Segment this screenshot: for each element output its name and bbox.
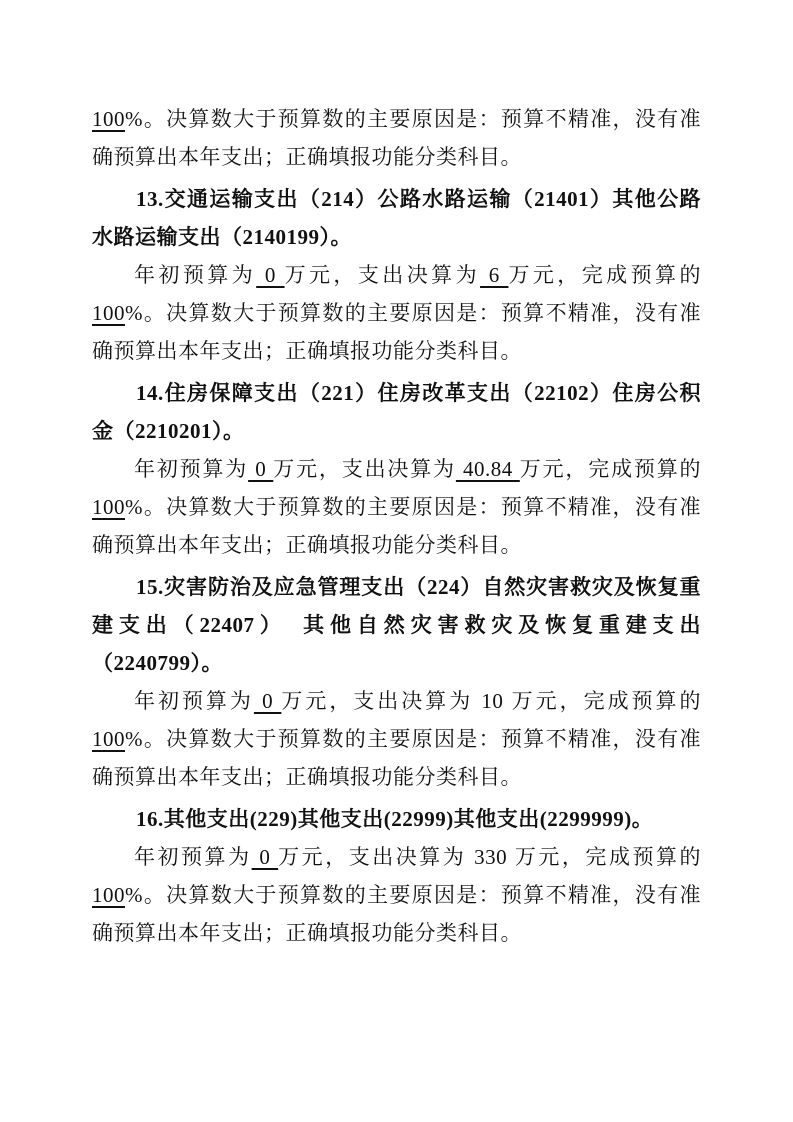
underlined-value: 100 bbox=[92, 883, 125, 907]
text-run: %。决算数大于预算数的主要原因是：预算不精准，没有准确预算出本年支出；正确填报功… bbox=[92, 301, 701, 363]
underlined-value: 0 bbox=[256, 263, 284, 287]
text-run: 万元，支出决算为 10 万元，完成预算的 bbox=[281, 689, 701, 713]
underlined-value: 0 bbox=[248, 457, 273, 481]
item-14-paragraph: 年初预算为 0 万元，支出决算为 40.84 万元，完成预算的100%。决算数大… bbox=[92, 450, 701, 564]
text-run: %。决算数大于预算数的主要原因是：预算不精准，没有准确预算出本年支出；正确填报功… bbox=[92, 727, 701, 789]
text-run: 万元，完成预算的 bbox=[520, 457, 701, 481]
item-13-paragraph: 年初预算为 0 万元，支出决算为 6 万元，完成预算的100%。决算数大于预算数… bbox=[92, 256, 701, 370]
item-16-paragraph: 年初预算为 0 万元，支出决算为 330 万元，完成预算的100%。决算数大于预… bbox=[92, 838, 701, 952]
text-run: 万元，支出决算为 bbox=[285, 263, 481, 287]
underlined-value: 100 bbox=[92, 301, 125, 325]
overflow-paragraph: 100%。决算数大于预算数的主要原因是：预算不精准，没有准确预算出本年支出；正确… bbox=[92, 100, 701, 176]
text-run: 年初预算为 bbox=[134, 263, 256, 287]
text-run: %。决算数大于预算数的主要原因是：预算不精准，没有准确预算出本年支出；正确填报功… bbox=[92, 107, 701, 169]
item-13-heading: 13.交通运输支出（214）公路水路运输（21401）其他公路水路运输支出（21… bbox=[92, 180, 701, 256]
text-run: %。决算数大于预算数的主要原因是：预算不精准，没有准确预算出本年支出；正确填报功… bbox=[92, 495, 701, 557]
underlined-value: 6 bbox=[480, 263, 508, 287]
text-run: 万元，完成预算的 bbox=[508, 263, 701, 287]
underlined-value: 100 bbox=[92, 495, 125, 519]
text-run: 万元，支出决算为 bbox=[273, 457, 456, 481]
text-run: 万元，支出决算为 330 万元，完成预算的 bbox=[278, 845, 701, 869]
text-run: 14.住房保障支出（221）住房改革支出（22102）住房公积金（2210201… bbox=[92, 381, 701, 443]
document-content: 100%。决算数大于预算数的主要原因是：预算不精准，没有准确预算出本年支出；正确… bbox=[92, 100, 701, 952]
underlined-value: 100 bbox=[92, 107, 125, 131]
text-run: 16.其他支出(229)其他支出(22999)其他支出(2299999)。 bbox=[136, 807, 653, 831]
underlined-value: 40.84 bbox=[456, 457, 520, 481]
text-run: 年初预算为 bbox=[134, 457, 248, 481]
text-run: %。决算数大于预算数的主要原因是：预算不精准，没有准确预算出本年支出；正确填报功… bbox=[92, 883, 701, 945]
text-run: 年初预算为 bbox=[134, 845, 252, 869]
underlined-value: 0 bbox=[254, 689, 281, 713]
text-run: 13.交通运输支出（214）公路水路运输（21401）其他公路水路运输支出（21… bbox=[92, 187, 701, 249]
item-15-paragraph: 年初预算为 0 万元，支出决算为 10 万元，完成预算的100%。决算数大于预算… bbox=[92, 682, 701, 796]
item-16-heading: 16.其他支出(229)其他支出(22999)其他支出(2299999)。 bbox=[92, 800, 701, 838]
underlined-value: 0 bbox=[252, 845, 279, 869]
item-15-heading: 15.灾害防治及应急管理支出（224）自然灾害救灾及恢复重建支出（22407） … bbox=[92, 568, 701, 682]
underlined-value: 100 bbox=[92, 727, 125, 751]
text-run: 15.灾害防治及应急管理支出（224）自然灾害救灾及恢复重建支出（22407） … bbox=[92, 575, 701, 675]
document-page: 100%。决算数大于预算数的主要原因是：预算不精准，没有准确预算出本年支出；正确… bbox=[0, 0, 793, 1122]
item-14-heading: 14.住房保障支出（221）住房改革支出（22102）住房公积金（2210201… bbox=[92, 374, 701, 450]
text-run: 年初预算为 bbox=[134, 689, 254, 713]
